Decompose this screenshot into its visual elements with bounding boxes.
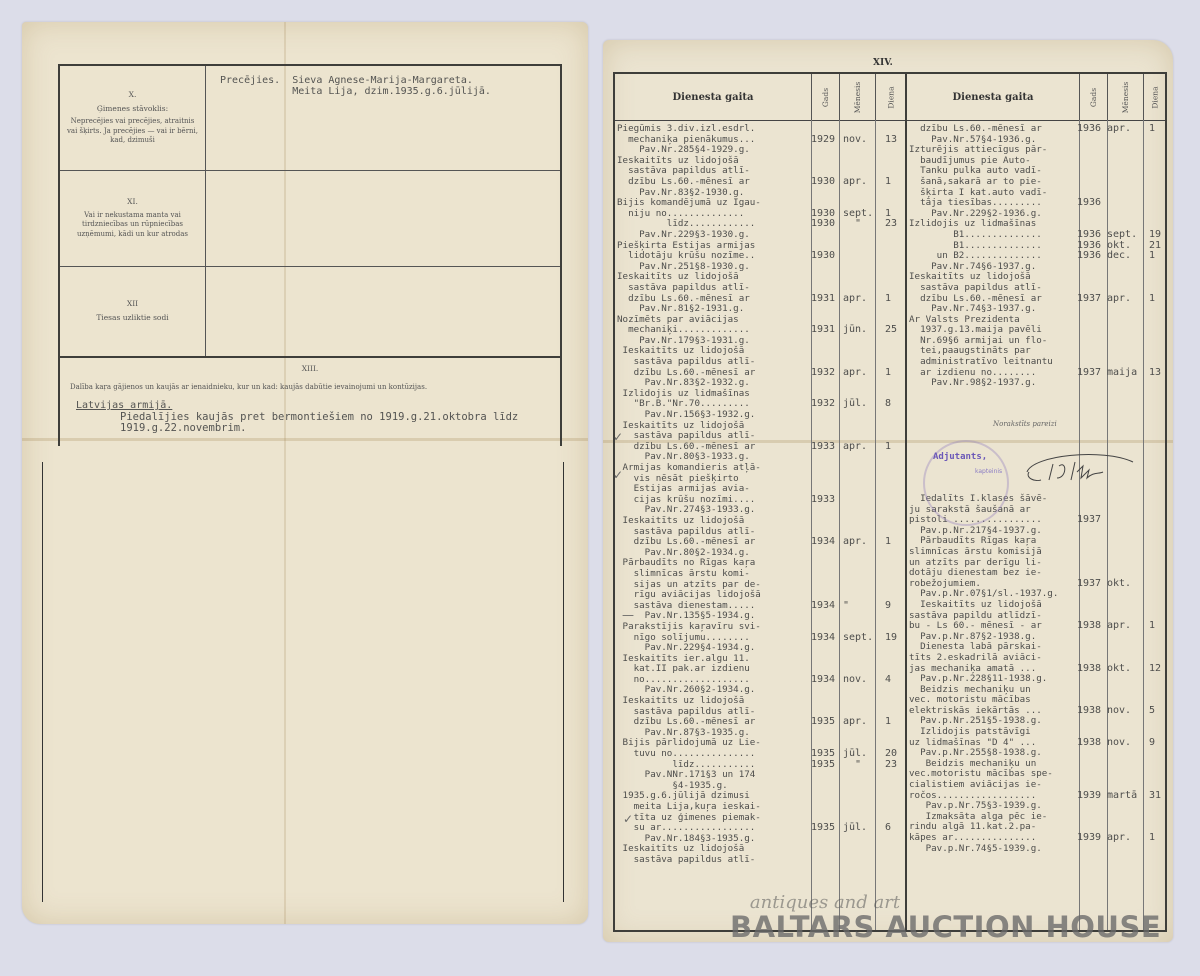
section-x-row: X. Ģimenes stāvoklis: Neprecējies vai pr… (60, 66, 560, 171)
service-entry: Ieskaitīts uz lidojošā sastāva papildus … (617, 156, 905, 198)
entry-year: 1933 (811, 442, 835, 453)
section-xiii-heading: Latvijas armijā. (76, 401, 560, 412)
service-entry: Ieskaitīts uz lidojošā sastāva papildus … (617, 844, 905, 865)
signature-icon (1023, 450, 1143, 484)
entry-day: 9 (885, 601, 891, 612)
entry-year: 1935 1935 (811, 749, 835, 770)
service-entry: Ieskaitīts uz lidojošā sastāva papildu a… (909, 600, 1165, 642)
service-entry: Armijas komandieris atļā- vis nēsāt pieš… (617, 463, 905, 516)
left-entries-list: Piegūmis 3.div.izl.esdrl. mechaniķa pien… (617, 124, 905, 866)
entry-year: 1939 (1077, 791, 1101, 802)
service-entry: Pārbaudīts no Rīgas kaŗa slimnīcas ārstu… (617, 558, 905, 622)
entry-month: apr. (1107, 621, 1131, 632)
entry-month: sept. (843, 633, 873, 644)
entry-year: 1938 (1077, 621, 1101, 632)
entry-year: 1937 (1077, 368, 1101, 379)
service-entry: Ieskaitīts uz lidojošā sastāva papildus … (617, 272, 905, 314)
entry-day: 1 (885, 717, 891, 728)
entry-year: 1933 (811, 495, 835, 506)
service-record-table: Dienesta gaita Gads Mēnesis Diena Piegūm… (613, 72, 1167, 932)
entry-month: jūl. " (843, 749, 867, 770)
service-entry: Ieskaitīts uz lidojošā sastāva papildus … (617, 346, 905, 388)
entry-day: 1 (885, 177, 891, 188)
entry-month: nov. (1107, 706, 1131, 717)
entry-month: apr. (843, 442, 867, 453)
service-entry: Izturējis attiecīgus pār- baudījumus pie… (909, 145, 1165, 219)
entry-order-reference: Pav.NNr.171§3 un 174 §4-1935.g. (617, 770, 905, 791)
right-entries-lower-list: Iedalīts I.klases šāvē- ju sarakstā šauš… (909, 494, 1165, 854)
entry-order-reference: Pav.Nr.98§2-1937.g. (909, 378, 1165, 389)
entry-month: apr. (843, 368, 867, 379)
entry-month: sept. " (843, 209, 873, 230)
service-entry: Pārbaudīts Rīgas kaŗa slimnīcas ārstu ko… (909, 536, 1165, 600)
service-entry: Piešķirta Estijas armijas lidotāju krūšu… (617, 241, 905, 273)
entry-day: 1 (1149, 124, 1155, 135)
entry-month: okt. (1107, 579, 1131, 590)
entry-text: Armijas komandieris atļā- vis nēsāt pieš… (617, 463, 905, 505)
entry-month: martā (1107, 791, 1137, 802)
entry-month: nov. (843, 135, 867, 146)
entry-day: 20 23 (885, 749, 897, 770)
section-x-label: X. Ģimenes stāvoklis: Neprecējies vai pr… (60, 66, 206, 170)
entry-month: apr. (1107, 124, 1131, 135)
check-mark-icon: ✓ (613, 430, 623, 444)
entry-year: 1934 (811, 633, 835, 644)
section-xii-label: XII Tiesas uzliktie sodi (60, 266, 206, 356)
entry-day: 1 (885, 537, 891, 548)
service-entry: Beidzis mechaniķu un vec. motoristu mācī… (909, 685, 1165, 727)
entry-year: 1934 (811, 537, 835, 548)
entry-year: 1939 (1077, 833, 1101, 844)
entry-text: Piešķirta Estijas armijas lidotāju krūšu… (617, 241, 905, 262)
entry-month: jūl. (843, 823, 867, 834)
entry-day: 5 (1149, 706, 1155, 717)
entry-month: nov. (843, 675, 867, 686)
entry-day: 31 (1149, 791, 1161, 802)
service-entry: dzību Ls.60.-mēnesī ar1936apr.1 Pav.Nr.5… (909, 124, 1165, 145)
left-document-page: X. Ģimenes stāvoklis: Neprecējies vai pr… (22, 22, 588, 924)
service-entry: Ieskaitīts ier.algu 11. kat.II pak.ar iz… (617, 654, 905, 696)
service-entry: Ar Valsts Prezidenta 1937.g.13.maija pav… (909, 315, 1165, 389)
entry-year: 1934 (811, 675, 835, 686)
service-entry: Bijis pārlidojumā uz Lie- tuvu no.......… (617, 738, 905, 791)
entry-year: 1938 (1077, 738, 1101, 749)
dash-mark-icon: — (622, 608, 634, 622)
entry-day: 1 23 (885, 209, 897, 230)
entry-year: 1936 (1077, 124, 1101, 135)
entry-year: 1935 (811, 717, 835, 728)
service-entry: Ieskaitīts uz lidojošā sastāva papildus … (617, 421, 905, 463)
right-document-page: XIV. Dienesta gaita Gads Mēnesis Diena P… (603, 40, 1173, 942)
entry-month: jūn. (843, 325, 867, 336)
entry-order-reference: Pav.Nr.229§3-1930.g. (617, 230, 905, 241)
handwritten-note: Norakstīts pareizi (993, 420, 1057, 428)
section-xii-row: XII Tiesas uzliktie sodi (60, 266, 560, 356)
service-entry: Nozīmēts par aviācijas mechaniķi........… (617, 315, 905, 347)
entry-month: apr. (843, 717, 867, 728)
entry-text: Izturējis attiecīgus pār- baudījumus pie… (909, 145, 1165, 209)
entry-day: 19 21 1 (1149, 219, 1161, 261)
entry-year: 1930 (811, 251, 835, 262)
entry-day: 1 (885, 294, 891, 305)
service-entry: Ieskaitīts uz lidojošā sastāva papildus … (909, 272, 1165, 314)
entry-day: 19 (885, 633, 897, 644)
service-column-left: Dienesta gaita Gads Mēnesis Diena Piegūm… (615, 74, 907, 930)
entry-day: 4 (885, 675, 891, 686)
service-entry: Beidzis mechaniķu un vec.motoristu mācīb… (909, 759, 1165, 812)
entry-month: nov. (1107, 738, 1131, 749)
entry-day: 1 (1149, 621, 1155, 632)
entry-day: 9 (1149, 738, 1155, 749)
service-entry: Izlidojis uz lidmašīnas B1..............… (909, 219, 1165, 272)
entry-year: 1938 (1077, 664, 1101, 675)
entry-month: apr. (843, 294, 867, 305)
entry-day: 6 (885, 823, 891, 834)
entry-day: 1 (1149, 833, 1155, 844)
entry-day: 1 (885, 368, 891, 379)
section-x-typed-answer: Precējies. Sieva Agnese-Marija-Margareta… (220, 76, 491, 97)
entry-day: 8 (885, 399, 891, 410)
stamp-title: Adjutants, (933, 452, 987, 462)
entry-year: 1934 (811, 601, 835, 612)
service-entry: Parakstījis kaŗavīru svi- nīgo solījumu.… (617, 622, 905, 654)
entry-day: 13 (1149, 368, 1161, 379)
service-entry: Piegūmis 3.div.izl.esdrl. mechaniķa pien… (617, 124, 905, 156)
entry-month: maija (1107, 368, 1137, 379)
entry-month: " (843, 601, 849, 612)
entry-day: 12 (1149, 664, 1161, 675)
right-entries-list: dzību Ls.60.-mēnesī ar1936apr.1 Pav.Nr.5… (909, 124, 1165, 389)
entry-day: 25 (885, 325, 897, 336)
entry-year: 1930 (811, 177, 835, 188)
entry-year: 1937 (1077, 515, 1101, 526)
entry-year: 1932 (811, 399, 835, 410)
entry-year: 1936 1936 1936 (1077, 219, 1101, 261)
entry-year: 1931 (811, 294, 835, 305)
service-entry: Izmaksāta alga pēc ie- rindu algā 11.kat… (909, 812, 1165, 854)
entry-year: 1937 (1077, 294, 1101, 305)
family-property-form-table: X. Ģimenes stāvoklis: Neprecējies vai pr… (58, 64, 562, 358)
section-xiii: XIII. Dalība kaŗa gājienos un kaujās ar … (58, 354, 562, 446)
entry-month: sept. okt. dec. (1107, 219, 1137, 261)
entry-day: 1 (885, 442, 891, 453)
service-entry: Bijis komandējumā uz Igau- niju no......… (617, 198, 905, 240)
entry-year: 1935 (811, 823, 835, 834)
service-entry: Izlidojis uz lidmašīnas "Br.B."Nr.70....… (617, 389, 905, 421)
check-mark-icon: ✓ (613, 468, 623, 482)
entry-order-reference: Pav.p.Nr.74§5-1939.g. (909, 844, 1165, 855)
watermark-brand: BALTARS AUCTION HOUSE (730, 910, 1161, 944)
entry-day: 1 (1149, 294, 1155, 305)
entry-year: 1936 (1077, 198, 1101, 209)
service-entry: Ieskaitīts uz lidojošā sastāva papildus … (617, 516, 905, 558)
table-header-left: Dienesta gaita Gads Mēnesis Diena (615, 74, 905, 121)
entry-year: 1930 1930 (811, 209, 835, 230)
entry-month: apr. (1107, 833, 1131, 844)
table-header-right: Dienesta gaita Gads Mēnesis Diena (907, 74, 1165, 121)
stamp-rank: kapteinis (975, 468, 1002, 475)
entry-year: 1932 (811, 368, 835, 379)
section-xiii-typed-answer: Piedalījies kaujās pret bermontiešiem no… (120, 412, 560, 434)
entry-text: Ieskaitīts uz lidojošā sastāva papildus … (617, 844, 905, 865)
section-xi-row: XI. Vai ir nekustama manta vai tirdzniec… (60, 170, 560, 267)
entry-year: 1931 (811, 325, 835, 336)
entry-day: 13 (885, 135, 897, 146)
entry-year: 1937 (1077, 579, 1101, 590)
section-xi-label: XI. Vai ir nekustama manta vai tirdzniec… (60, 170, 206, 266)
entry-month: apr. (843, 177, 867, 188)
check-mark-icon: ✓ (623, 812, 633, 826)
service-entry: Ieskaitīts uz lidojošā sastāva papildus … (617, 696, 905, 738)
service-entry: Dienesta labā pārskai- tīts 2.eskadrilā … (909, 642, 1165, 684)
entry-year: 1938 (1077, 706, 1101, 717)
entry-month: apr. (1107, 294, 1131, 305)
service-entry: 1935.g.6.jūlijā dzimusi meita Lija,kuŗa … (617, 791, 905, 844)
entry-text: Pārbaudīts no Rīgas kaŗa slimnīcas ārstu… (617, 558, 905, 611)
entry-month: jūl. (843, 399, 867, 410)
entry-month: okt. (1107, 664, 1131, 675)
service-entry: Izlidojis patstāvīgi uz lidmašīnas "D 4"… (909, 727, 1165, 759)
blank-lower-section (42, 462, 564, 902)
section-number: XIV. (873, 58, 893, 68)
entry-year: 1929 (811, 135, 835, 146)
entry-month: apr. (843, 537, 867, 548)
